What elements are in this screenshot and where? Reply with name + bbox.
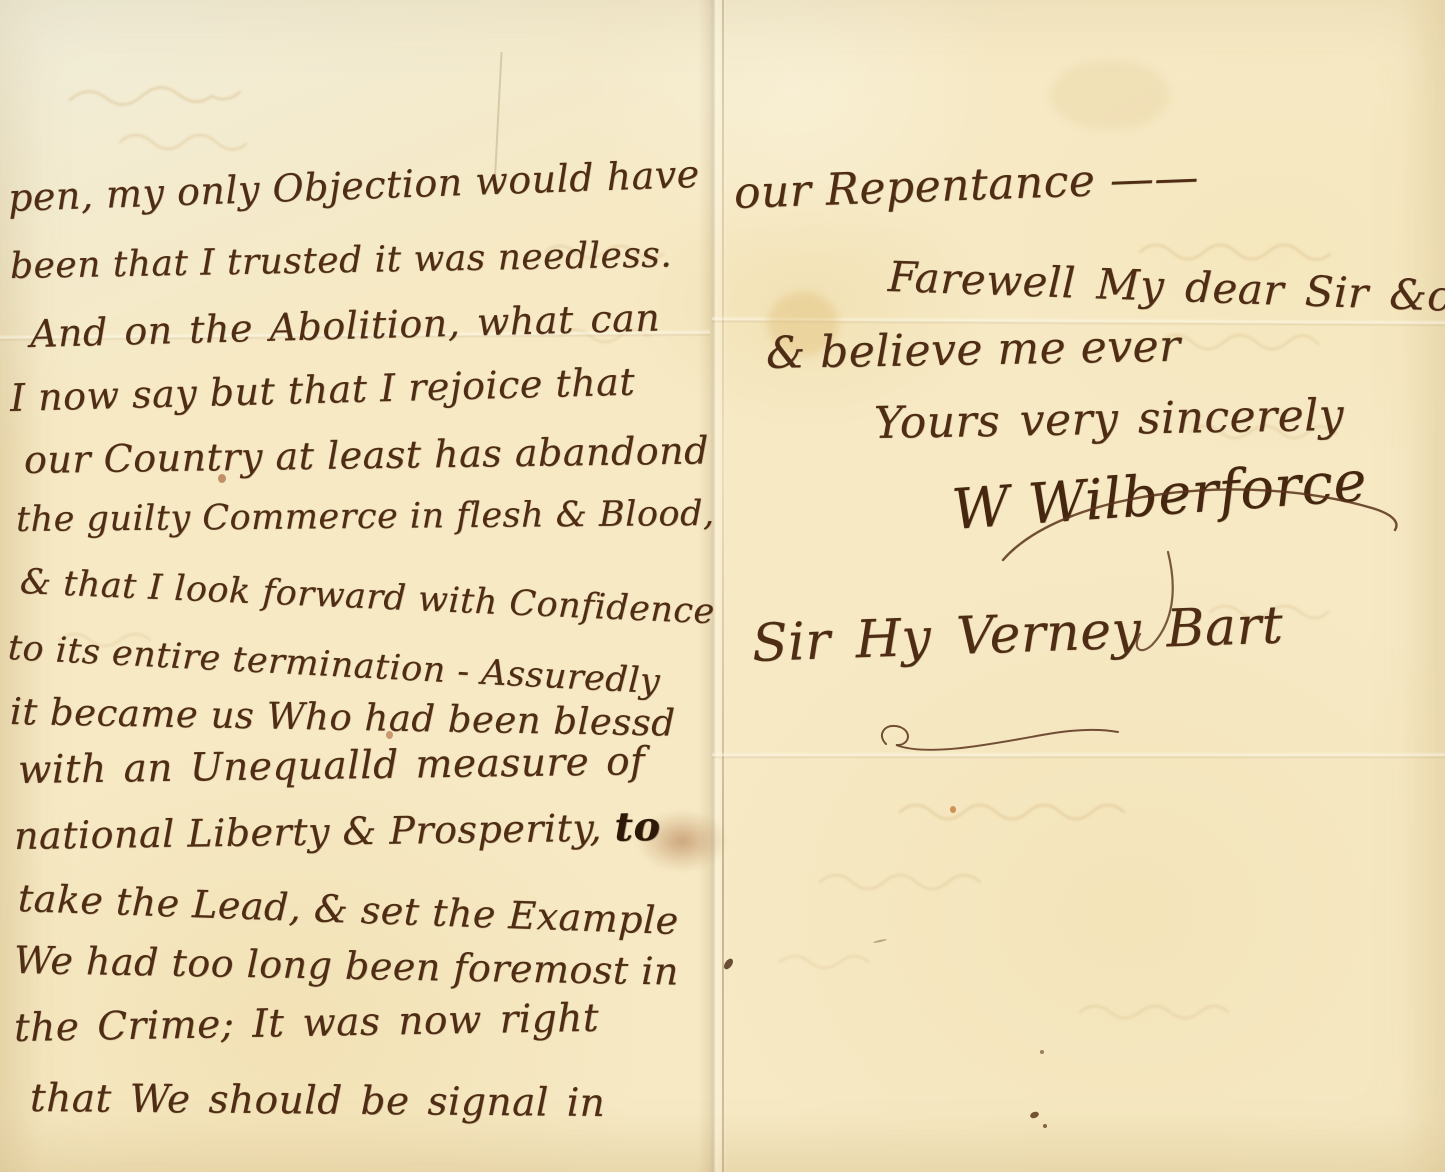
signature-flourish bbox=[1003, 489, 1396, 560]
flourish-mark bbox=[882, 726, 1118, 750]
signature-descender bbox=[1137, 552, 1173, 650]
pen-flourishes bbox=[0, 0, 1445, 1172]
letter-photo: pen, my only Objection would have been t… bbox=[0, 0, 1445, 1172]
